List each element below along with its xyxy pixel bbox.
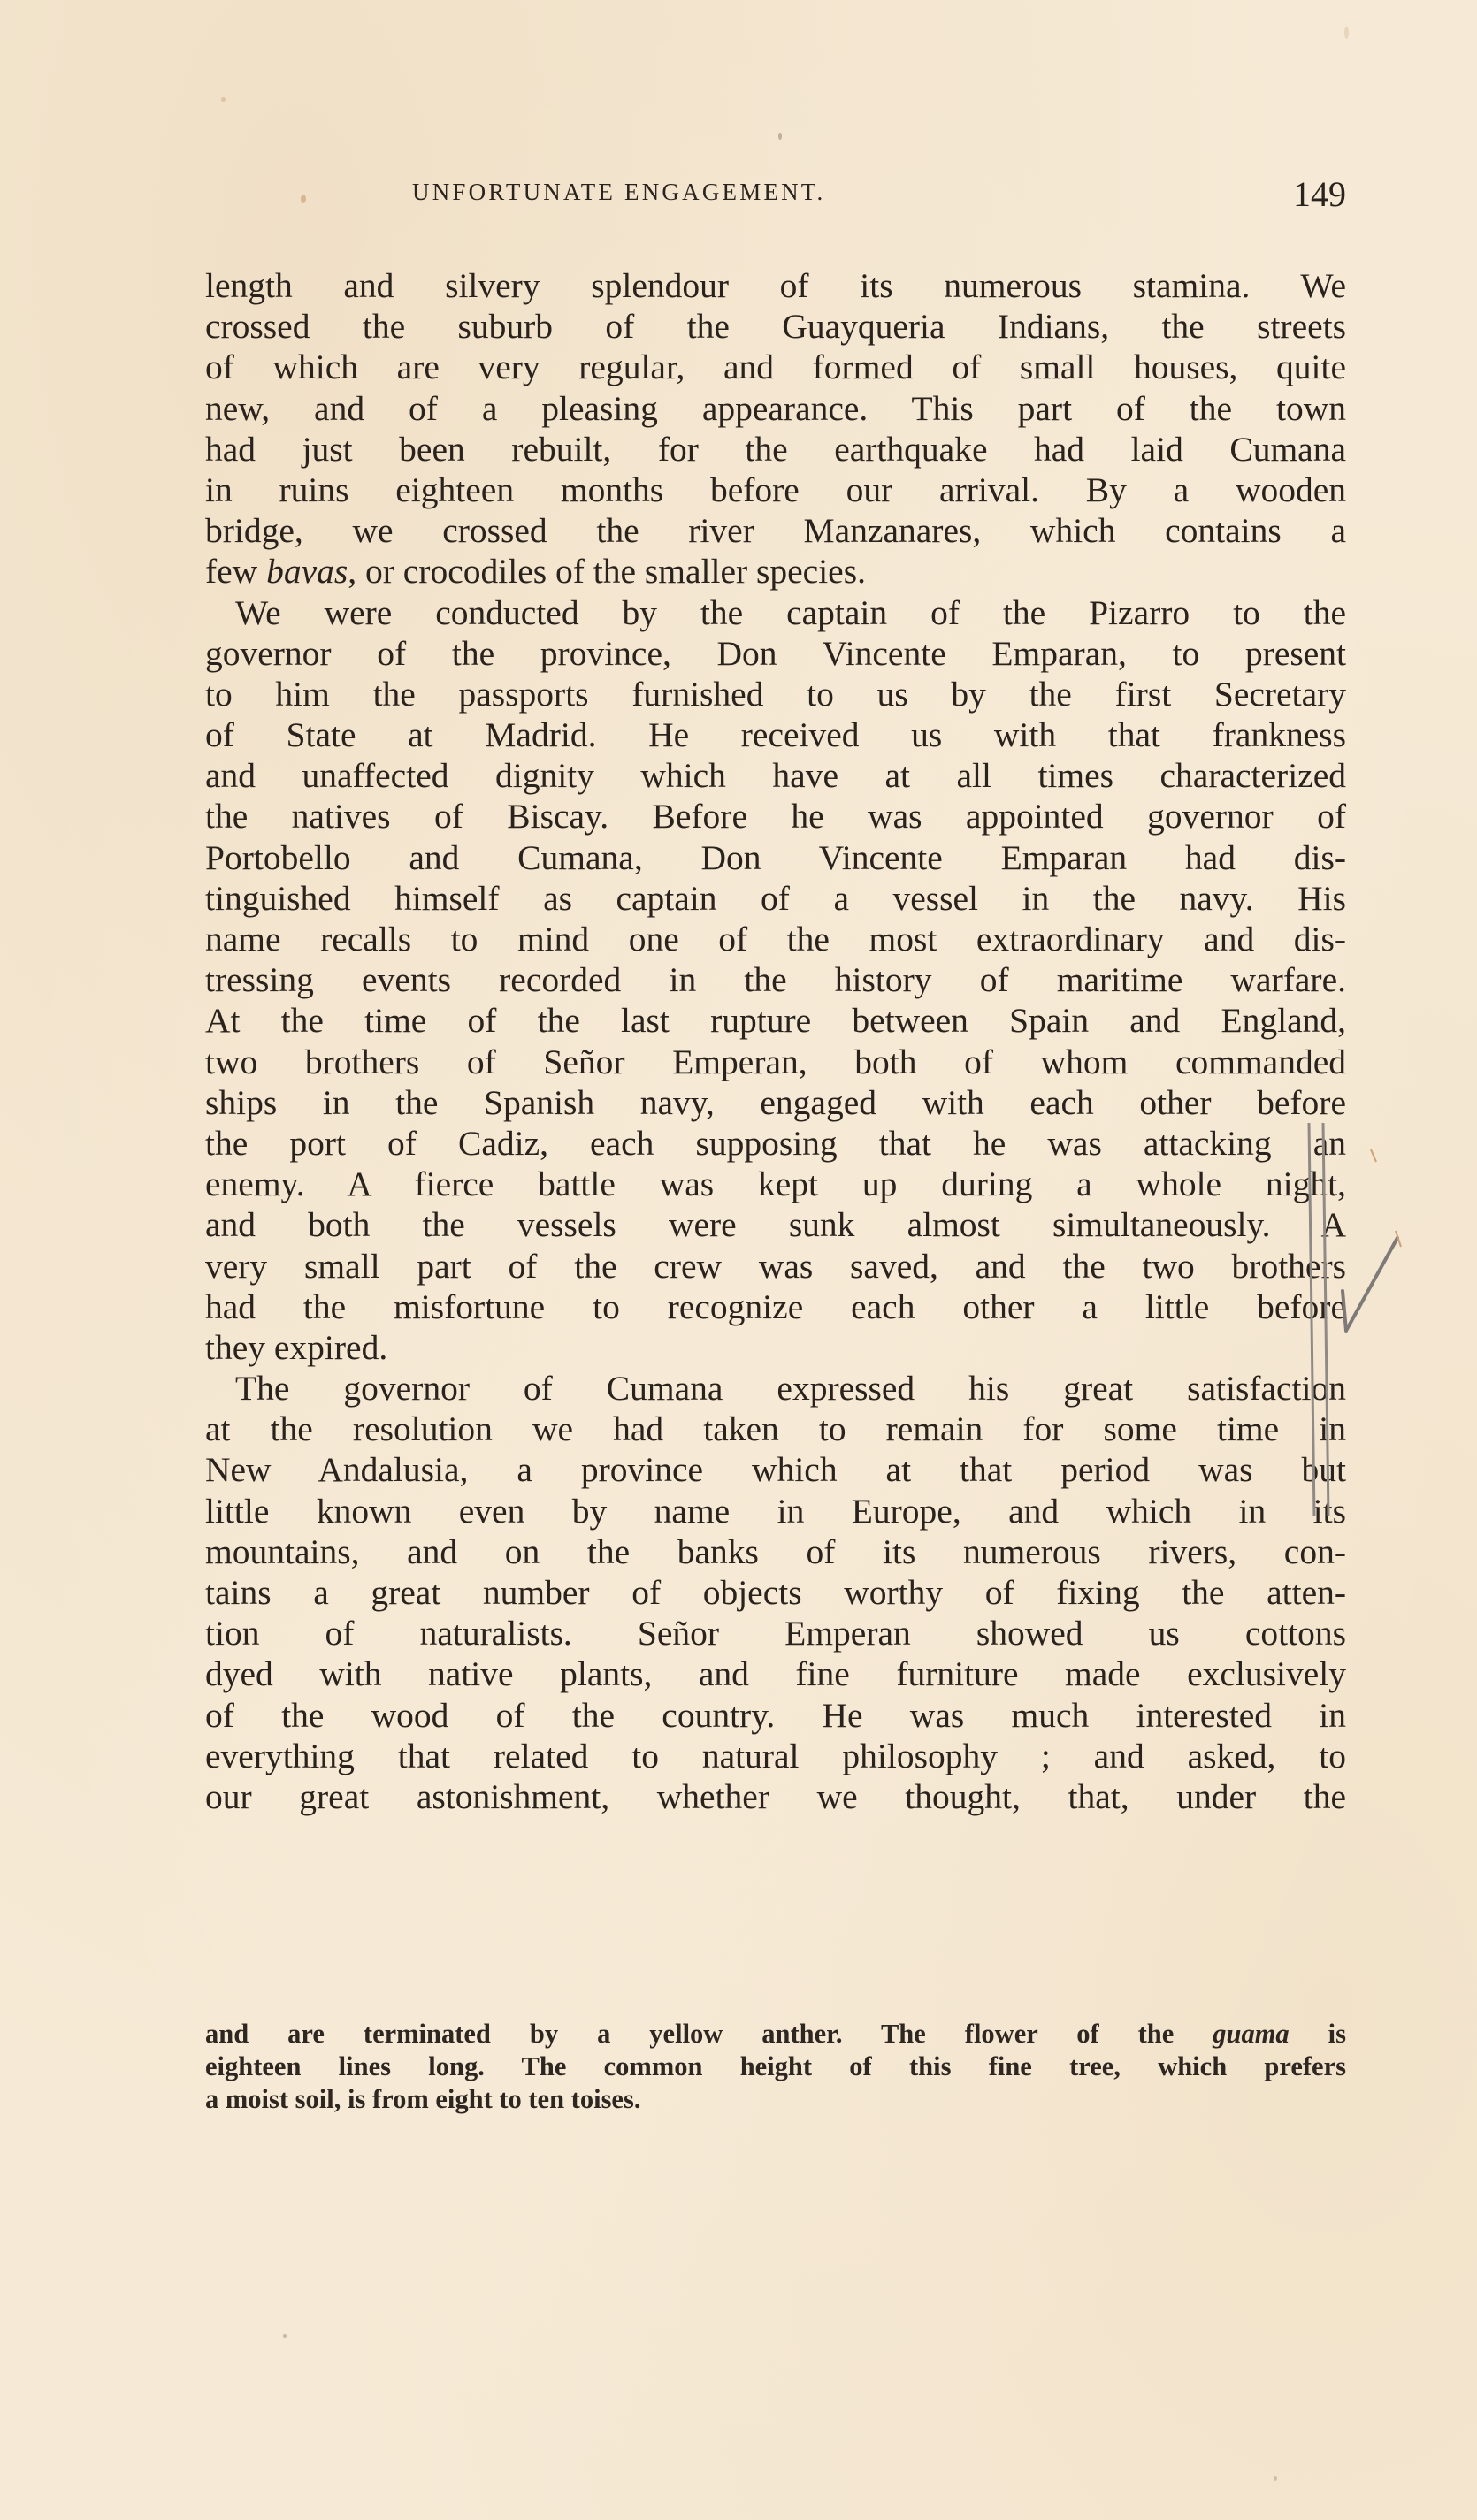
body-line: We were conducted by the captain of the …: [205, 592, 1346, 633]
body-line: and both the vessels were sunk almost si…: [205, 1204, 1346, 1245]
pencil-checkmark-icon: [1300, 1114, 1442, 1521]
body-line: had the misfortune to recognize each oth…: [205, 1287, 1346, 1327]
body-line: of State at Madrid. He received us with …: [205, 714, 1346, 755]
body-line: Portobello and Cumana, Don Vincente Empa…: [205, 837, 1346, 878]
body-line: little known even by name in Europe, and…: [205, 1491, 1346, 1531]
footnote-line: and are terminated by a yellow anther. T…: [205, 2018, 1346, 2050]
body-line: very small part of the crew was saved, a…: [205, 1246, 1346, 1287]
body-line: enemy. A fierce battle was kept up durin…: [205, 1164, 1346, 1204]
body-line: At the time of the last rupture between …: [205, 1000, 1346, 1041]
paper-stain: [1344, 27, 1349, 39]
body-line: our great astonishment, whether we thoug…: [205, 1776, 1346, 1817]
body-line: ships in the Spanish navy, engaged with …: [205, 1082, 1346, 1123]
body-line: tion of naturalists. Señor Emperan showe…: [205, 1613, 1346, 1653]
body-line: bridge, we crossed the river Manzanares,…: [205, 510, 1346, 551]
body-line: dyed with native plants, and fine furnit…: [205, 1653, 1346, 1694]
paper-stain: [301, 195, 306, 203]
body-line: of which are very regular, and formed of…: [205, 347, 1346, 387]
paper-stain: [221, 97, 226, 102]
body-line: new, and of a pleasing appearance. This …: [205, 388, 1346, 429]
body-line: mountains, and on the banks of its numer…: [205, 1531, 1346, 1572]
footnote-line: eighteen lines long. The common height o…: [205, 2050, 1346, 2083]
body-text: length and silvery splendour of its nume…: [205, 265, 1346, 1817]
body-line: tains a great number of objects worthy o…: [205, 1572, 1346, 1613]
body-line: governor of the province, Don Vincente E…: [205, 633, 1346, 674]
body-line: New Andalusia, a province which at that …: [205, 1449, 1346, 1490]
body-line: in ruins eighteen months before our arri…: [205, 470, 1346, 510]
body-line: two brothers of Señor Emperan, both of w…: [205, 1042, 1346, 1082]
paper-stain: [283, 2334, 287, 2338]
italic-term: bavas: [266, 552, 348, 591]
body-line: to him the passports furnished to us by …: [205, 674, 1346, 714]
italic-term: guama: [1213, 2019, 1289, 2049]
body-line: tinguished himself as captain of a vesse…: [205, 878, 1346, 919]
book-page: Unfortunate Engagement. 149 length and s…: [0, 0, 1477, 2520]
body-line: of the wood of the country. He was much …: [205, 1695, 1346, 1736]
body-line: few bavas, or crocodiles of the smaller …: [205, 551, 1346, 592]
running-head: Unfortunate Engagement. 149: [205, 173, 1346, 218]
body-line: name recalls to mind one of the most ext…: [205, 919, 1346, 959]
body-line: tressing events recorded in the history …: [205, 959, 1346, 1000]
paper-stain: [778, 133, 782, 140]
body-line: the port of Cadiz, each supposing that h…: [205, 1123, 1346, 1164]
paper-stain: [1274, 2476, 1277, 2481]
body-line: everything that related to natural philo…: [205, 1736, 1346, 1776]
body-line: The governor of Cumana expressed his gre…: [205, 1368, 1346, 1409]
footnote: and are terminated by a yellow anther. T…: [205, 2018, 1346, 2116]
page-number: 149: [1293, 173, 1346, 215]
body-line: crossed the suburb of the Guayqueria Ind…: [205, 306, 1346, 347]
body-line: at the resolution we had taken to remain…: [205, 1409, 1346, 1449]
body-line: the natives of Biscay. Before he was app…: [205, 796, 1346, 836]
body-line: had just been rebuilt, for the earthquak…: [205, 429, 1346, 470]
body-line: and unaffected dignity which have at all…: [205, 755, 1346, 796]
running-title: Unfortunate Engagement.: [412, 179, 825, 206]
footnote-line: a moist soil, is from eight to ten toise…: [205, 2083, 1346, 2116]
body-line: they expired.: [205, 1327, 1346, 1368]
body-line: length and silvery splendour of its nume…: [205, 265, 1346, 306]
